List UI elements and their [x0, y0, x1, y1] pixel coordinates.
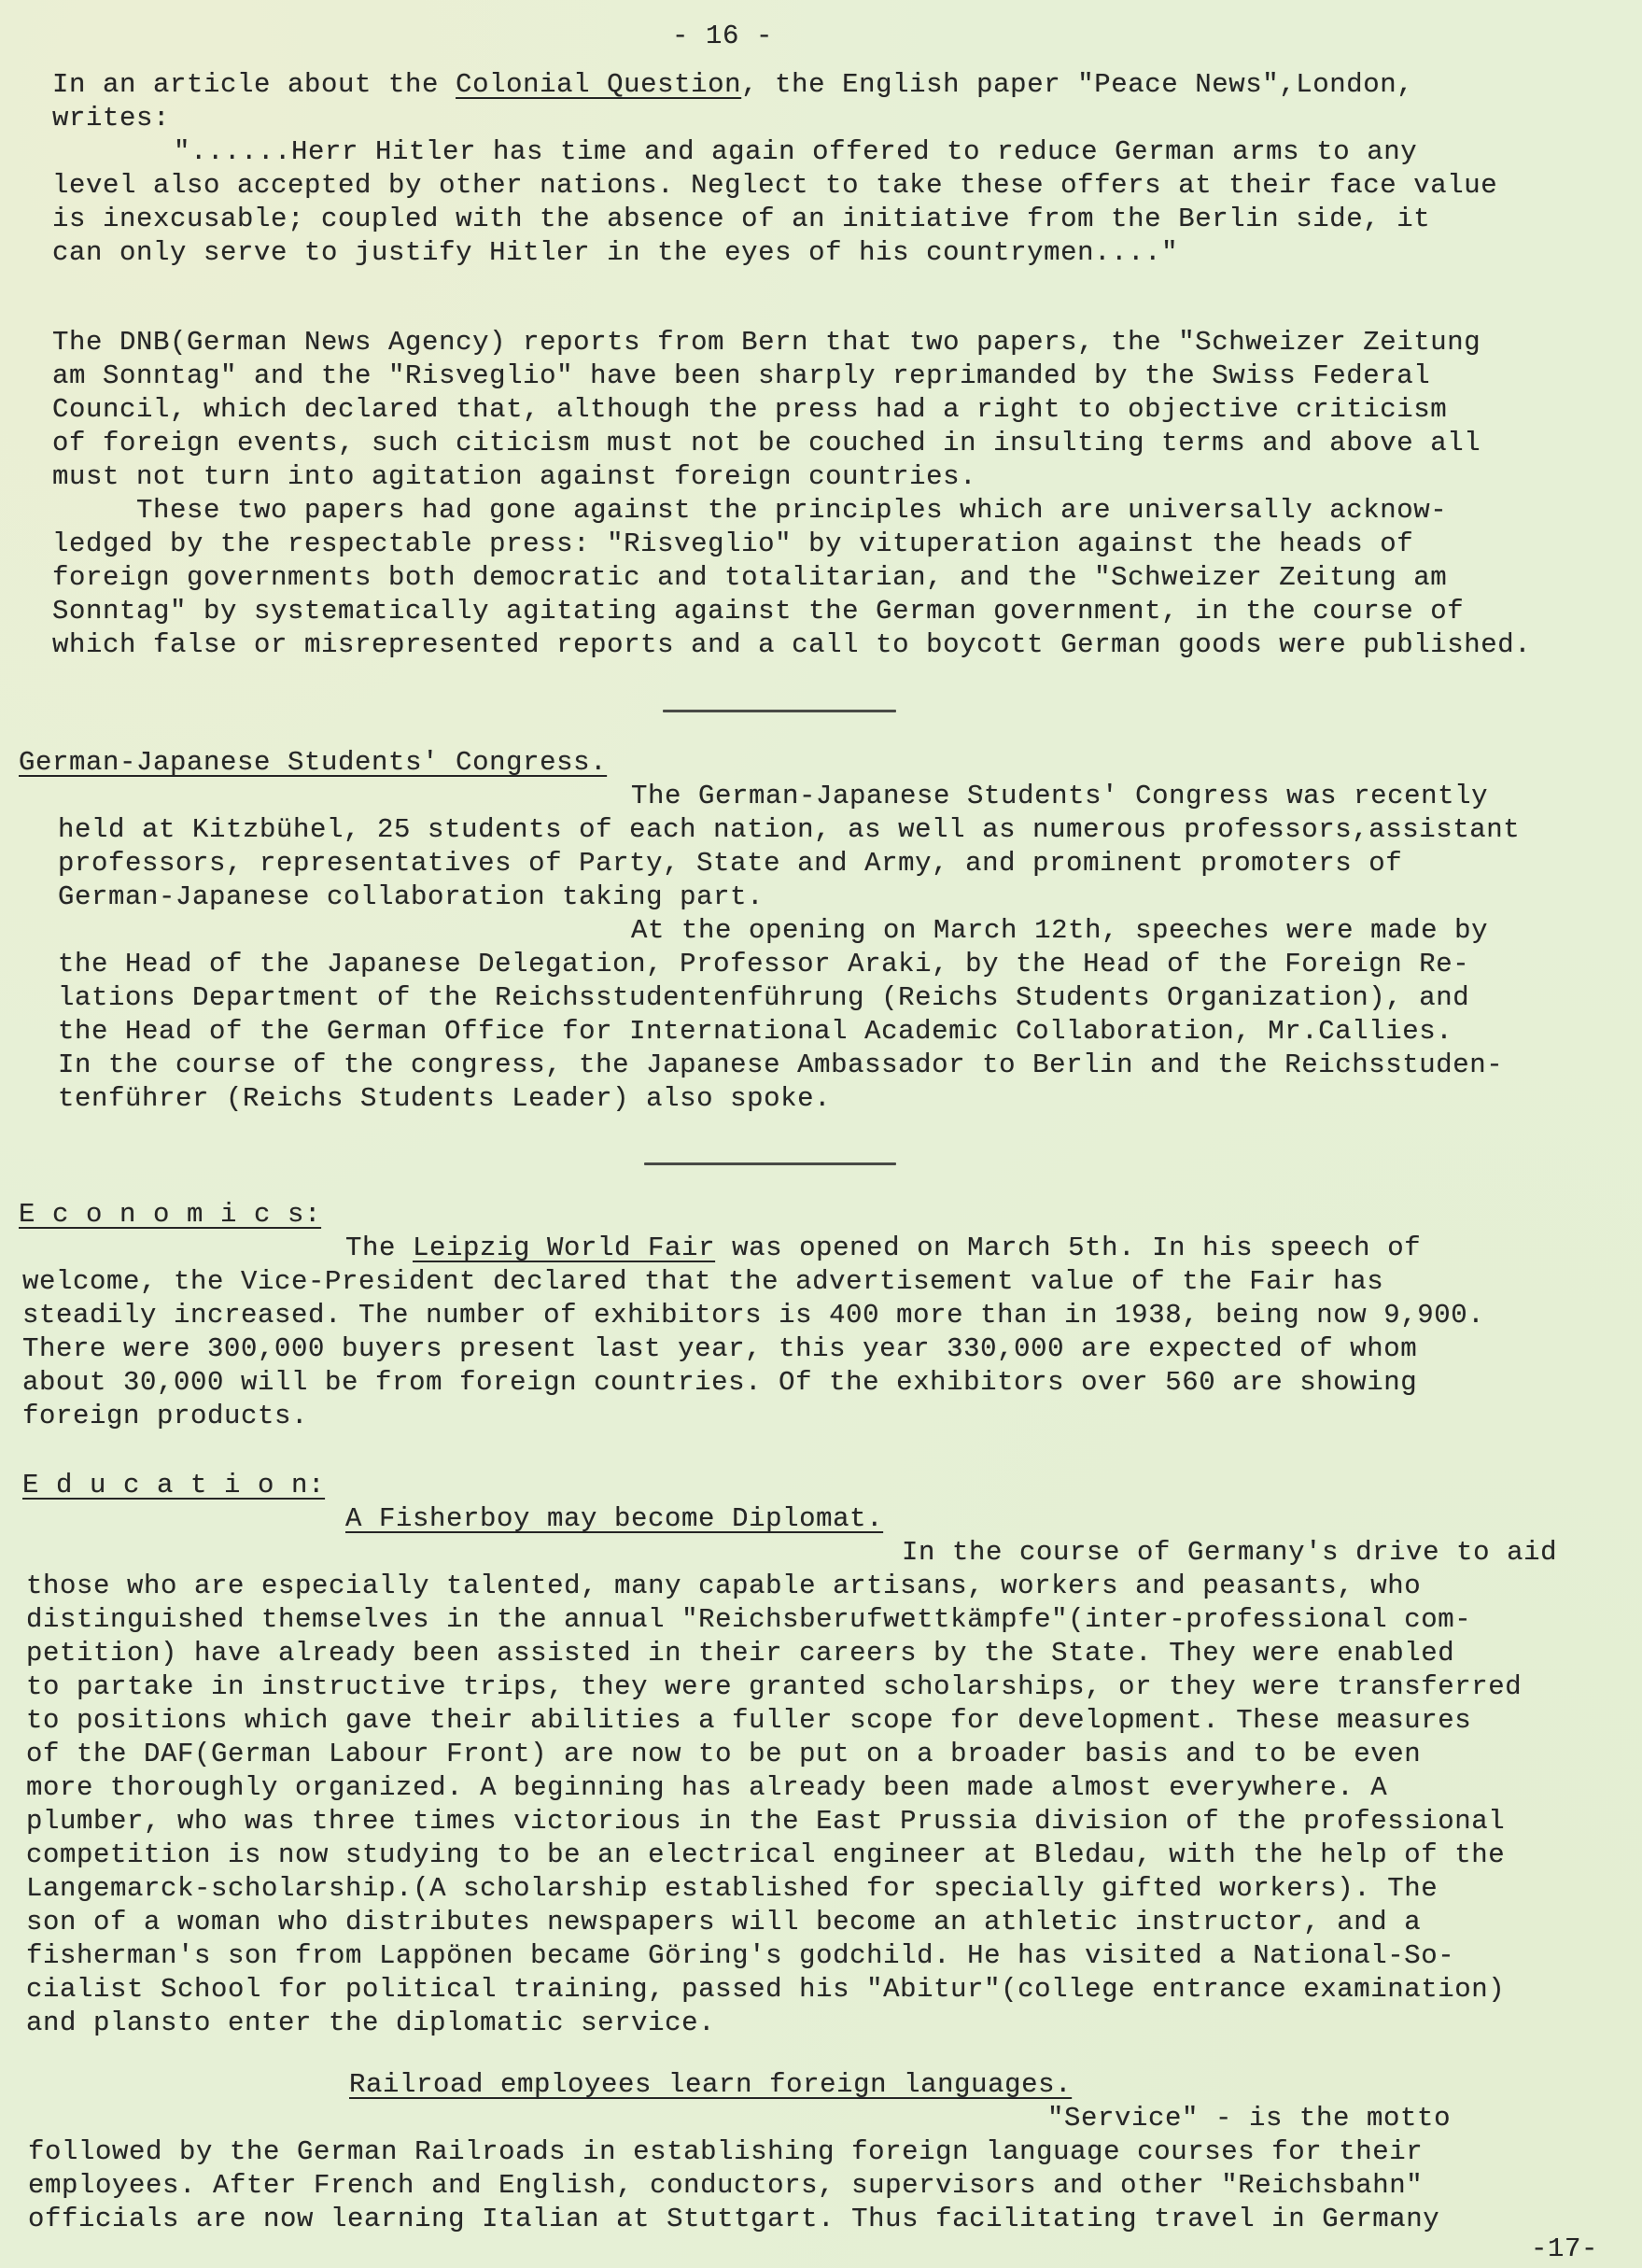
dnb-line: The DNB(German News Agency) reports from…	[52, 327, 1481, 359]
section-divider	[644, 1162, 896, 1165]
dnb-line: Sonntag" by systematically agitating aga…	[52, 596, 1464, 627]
students-line: the Head of the German Office for Intern…	[58, 1016, 1453, 1048]
education-line: those who are especially talented, many …	[26, 1571, 1421, 1602]
section-divider	[663, 710, 896, 712]
leipzig-fair-text: Leipzig World Fair	[413, 1233, 715, 1263]
economics-line: steadily increased. The number of exhibi…	[22, 1300, 1484, 1331]
intro-prefix: In an article about the	[52, 69, 456, 100]
page-number-top: - 16 -	[672, 21, 773, 52]
dnb-line: foreign governments both democratic and …	[52, 562, 1447, 594]
colonial-question-link-text: Colonial Question	[456, 69, 741, 100]
education-line: of the DAF(German Labour Front) are now …	[26, 1739, 1421, 1770]
students-congress-heading: German-Japanese Students' Congress.	[19, 747, 607, 779]
quote-line: is inexcusable; coupled with the absence…	[52, 204, 1430, 235]
education-line: fisherman's son from Lappönen became Gör…	[26, 1940, 1454, 1972]
education-line: more thoroughly organized. A beginning h…	[26, 1772, 1387, 1804]
education-line: and plansto enter the diplomatic service…	[26, 2007, 715, 2039]
dnb-line: which false or misrepresented reports an…	[52, 629, 1531, 661]
page-number-bottom: -17-	[1531, 2233, 1598, 2265]
education-line: Langemarck-scholarship.(A scholarship es…	[26, 1873, 1438, 1905]
economics-line: There were 300,000 buyers present last y…	[22, 1333, 1417, 1365]
economics-suffix: was opened on March 5th. In his speech o…	[715, 1233, 1421, 1263]
peace-news-intro: In an article about the Colonial Questio…	[52, 69, 1413, 101]
railroad-line: employees. After French and English, con…	[28, 2170, 1423, 2202]
education-line: cialist School for political training, p…	[26, 1974, 1505, 2006]
education-line: petition) have already been assisted in …	[26, 1638, 1454, 1669]
economics-prefix: The	[345, 1233, 413, 1263]
economics-heading: E c o n o m i c s:	[19, 1199, 321, 1231]
education-line: son of a woman who distributes newspaper…	[26, 1907, 1421, 1938]
economics-line: foreign products.	[22, 1401, 308, 1432]
peace-news-writes: writes:	[52, 103, 170, 134]
students-line: the Head of the Japanese Delegation, Pro…	[58, 949, 1469, 980]
students-line: tenführer (Reichs Students Leader) also …	[58, 1083, 831, 1115]
education-line: to partake in instructive trips, they we…	[26, 1671, 1522, 1703]
quote-line: level also accepted by other nations. Ne…	[52, 170, 1497, 202]
education-line: In the course of Germany's drive to aid	[902, 1537, 1557, 1569]
dnb-line: Council, which declared that, although t…	[52, 394, 1447, 426]
railroad-line: "Service" - is the motto	[1047, 2103, 1451, 2134]
quote-line: can only serve to justify Hitler in the …	[52, 237, 1178, 269]
education-line: competition is now studying to be an ele…	[26, 1839, 1505, 1871]
intro-suffix: , the English paper "Peace News",London,	[741, 69, 1413, 100]
students-line: In the course of the congress, the Japan…	[58, 1049, 1503, 1081]
students-line: The German-Japanese Students' Congress w…	[631, 781, 1488, 812]
education-line: plumber, who was three times victorious …	[26, 1806, 1505, 1838]
fisherboy-subheading: A Fisherboy may become Diplomat.	[345, 1503, 883, 1535]
economics-first-line: The Leipzig World Fair was opened on Mar…	[345, 1233, 1421, 1264]
education-line: to positions which gave their abilities …	[26, 1705, 1471, 1737]
railroad-line: officials are now learning Italian at St…	[28, 2204, 1439, 2235]
economics-line: about 30,000 will be from foreign countr…	[22, 1367, 1417, 1399]
dnb-line: of foreign events, such citicism must no…	[52, 428, 1481, 459]
students-line: German-Japanese collaboration taking par…	[58, 881, 764, 913]
students-line: held at Kitzbühel, 25 students of each n…	[58, 814, 1520, 846]
railroad-subheading: Railroad employees learn foreign languag…	[349, 2069, 1072, 2101]
students-line: professors, representatives of Party, St…	[58, 848, 1402, 880]
dnb-line: am Sonntag" and the "Risveglio" have bee…	[52, 360, 1430, 392]
education-heading: E d u c a t i o n:	[22, 1470, 325, 1501]
railroad-line: followed by the German Railroads in esta…	[28, 2136, 1423, 2168]
dnb-line: ledged by the respectable press: "Risveg…	[52, 528, 1413, 560]
students-line: At the opening on March 12th, speeches w…	[631, 915, 1488, 947]
students-line: lations Department of the Reichsstudente…	[58, 982, 1469, 1014]
dnb-line: must not turn into agitation against for…	[52, 461, 976, 493]
dnb-line: These two papers had gone against the pr…	[52, 495, 1447, 527]
quote-line: "......Herr Hitler has time and again of…	[174, 136, 1417, 168]
education-line: distinguished themselves in the annual "…	[26, 1604, 1471, 1636]
economics-line: welcome, the Vice-President declared tha…	[22, 1266, 1383, 1298]
